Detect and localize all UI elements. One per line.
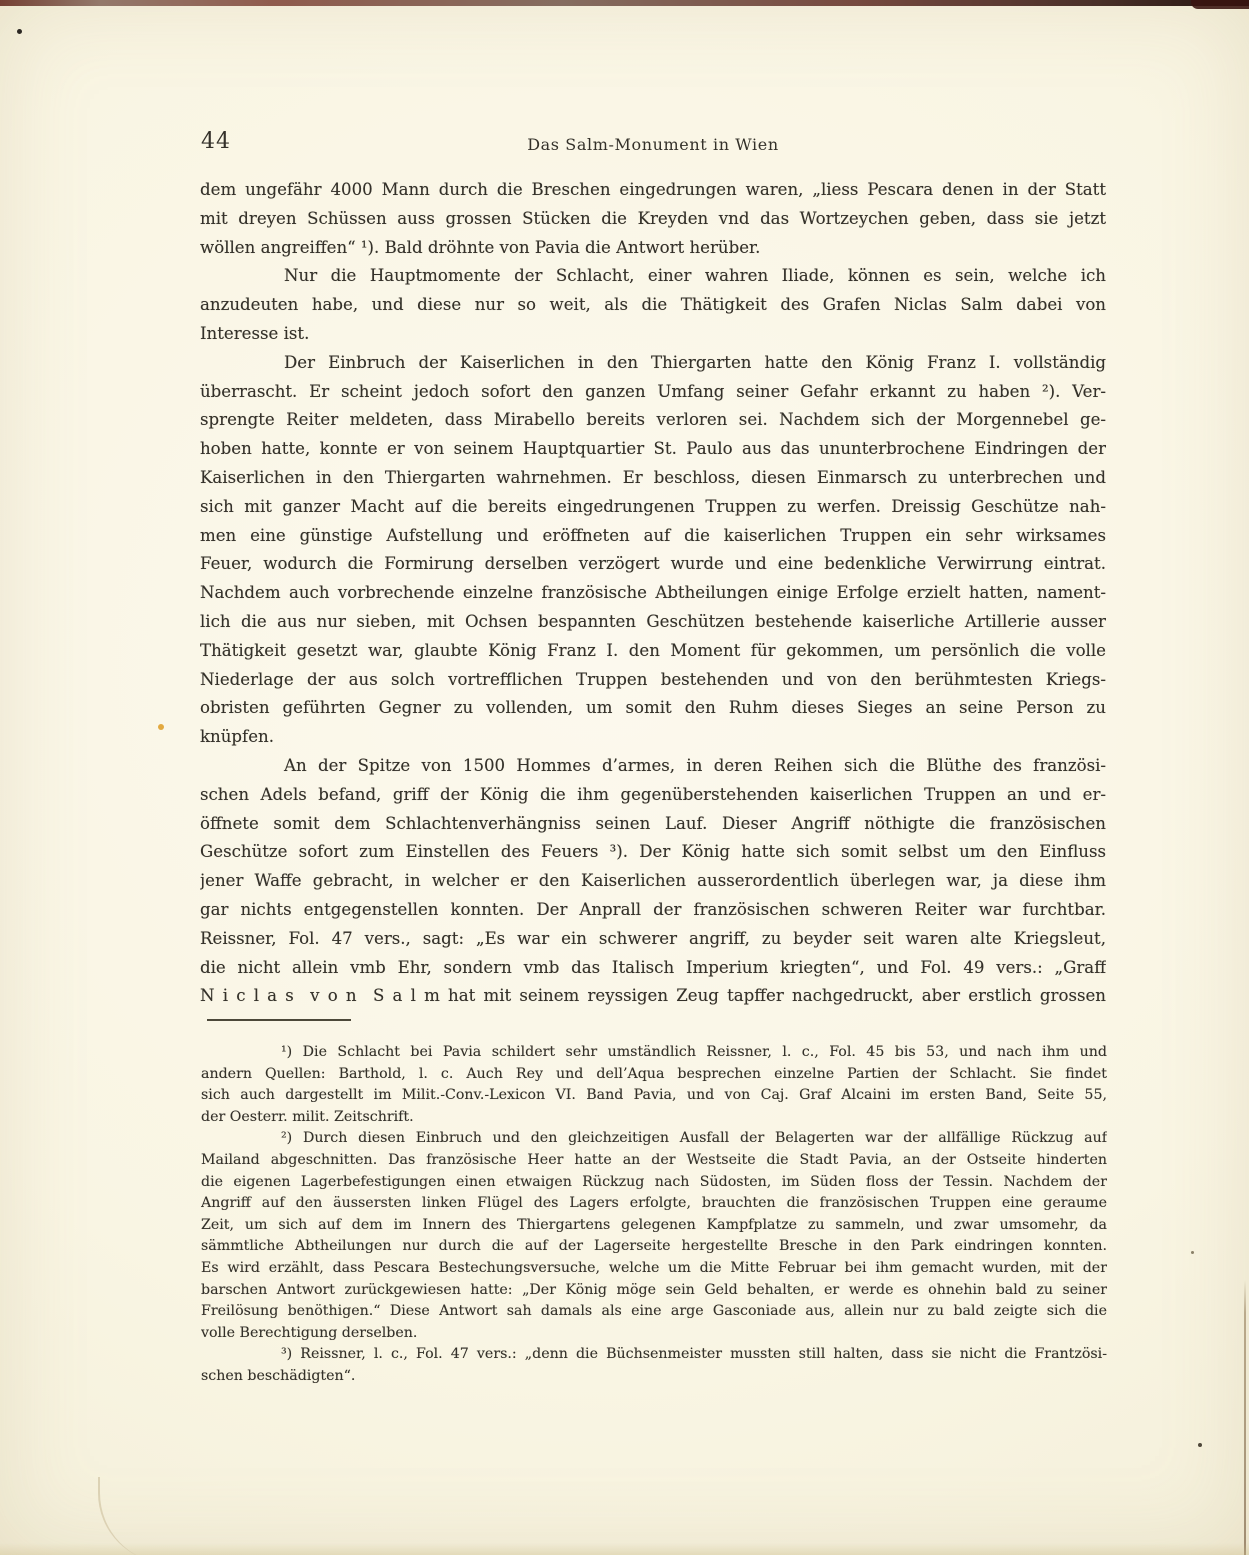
body-text-line: Niederlage der aus solch vortrefflichen … [200,666,1106,695]
footnotes-block: ¹) Die Schlacht bei Pavia schildert sehr… [201,1042,1107,1388]
footnote-text-line: ¹) Die Schlacht bei Pavia schildert sehr… [201,1042,1107,1064]
scan-edge-top-right-corner [1191,0,1249,9]
body-text-line: dem ungefähr 4000 Mann durch die Bresche… [200,176,1106,205]
body-text-line: Nur die Hauptmomente der Schlacht, einer… [200,262,1106,291]
footnote-text-line: volle Berechtigung derselben. [201,1323,1107,1345]
body-text-line: jener Waffe gebracht, in welcher er den … [200,867,1106,896]
footnote-text-line: die eigenen Lagerbefestigungen einen etw… [201,1172,1107,1194]
body-text-line: anzudeuten habe, und diese nur so weit, … [200,291,1106,320]
body-text-line: Interesse ist. [200,320,1106,349]
footnote-text-line: ²) Durch diesen Einbruch und den gleichz… [201,1128,1107,1150]
ink-speck [1191,1251,1194,1254]
body-text-line: wöllen angreiffen“ ¹). Bald dröhnte von … [200,234,1106,263]
body-text-line: Der Einbruch der Kaiserlichen in den Thi… [200,349,1106,378]
footnote-text-line: barschen Antwort zurückgewiesen hatte: „… [201,1280,1107,1302]
body-text-line: gar nichts entgegenstellen konnten. Der … [200,896,1106,925]
body-text-line: überrascht. Er scheint jedoch sofort den… [200,378,1106,407]
body-text-line: men eine günstige Aufstellung und eröffn… [200,522,1106,551]
body-text-line: Feuer, wodurch die Formirung derselben v… [200,550,1106,579]
body-text-line: sich mit ganzer Macht auf die bereits ei… [200,493,1106,522]
body-text-line: mit dreyen Schüssen auss grossen Stücken… [200,205,1106,234]
footnote-text-line: schen beschädigten“. [201,1366,1107,1388]
body-text-line: obristen geführten Gegner zu vollenden, … [200,694,1106,723]
body-text-line: öffnete somit dem Schlachtenverhängniss … [200,810,1106,839]
body-text-line: lich die aus nur sieben, mit Ochsen besp… [200,608,1106,637]
margin-speck-orange [158,724,164,730]
main-text-block: dem ungefähr 4000 Mann durch die Bresche… [200,176,1106,1011]
body-text-line: schen Adels befand, griff der König die … [200,781,1106,810]
footnote-text-line: sich auch dargestellt im Milit.-Conv.-Le… [201,1085,1107,1107]
body-text-line: die nicht allein vmb Ehr, sondern vmb da… [200,954,1106,983]
body-text-line: Reissner, Fol. 47 vers., sagt: „Es war e… [200,925,1106,954]
scan-edge-top [0,0,1249,6]
footnote-text-line: ³) Reissner, l. c., Fol. 47 vers.: „denn… [201,1344,1107,1366]
scan-edge-bottom [0,1543,1249,1555]
footnote-text-line: Freilösung benöthigen.“ Diese Antwort sa… [201,1301,1107,1323]
body-text-line: sprengte Reiter meldeten, dass Mirabello… [200,406,1106,435]
footnote-text-line: Zeit, um sich auf dem im Innern des Thie… [201,1215,1107,1237]
scan-page-edge-right [1244,1280,1246,1555]
footnote-text-line: sämmtliche Abtheilungen nur durch die au… [201,1236,1107,1258]
footnote-text-line: der Oesterr. milit. Zeitschrift. [201,1107,1107,1129]
body-text-line: hoben hatte, konnte er von seinem Hauptq… [200,435,1106,464]
footnote-separator-rule [207,1019,351,1021]
body-text-line: N i c l a s v o n S a l m hat mit seinem… [200,982,1106,1011]
ink-speck [17,29,22,34]
body-text-line: Kaiserlichen in den Thiergarten wahrnehm… [200,464,1106,493]
footnote-text-line: Mailand abgeschnitten. Das französische … [201,1150,1107,1172]
running-header: Das Salm-Monument in Wien [200,135,1106,154]
body-text-line: An der Spitze von 1500 Hommes d’armes, i… [200,752,1106,781]
body-text-line: Nachdem auch vorbrechende einzelne franz… [200,579,1106,608]
scanned-book-page: 44 Das Salm-Monument in Wien dem ungefäh… [0,0,1249,1555]
body-text-line: Geschütze sofort zum Einstellen des Feue… [200,838,1106,867]
body-text-line: Thätigkeit gesetzt war, glaubte König Fr… [200,637,1106,666]
body-text-line: knüpfen. [200,723,1106,752]
ink-speck [1198,1443,1202,1447]
footnote-text-line: andern Quellen: Barthold, l. c. Auch Rey… [201,1064,1107,1086]
footnote-text-line: Es wird erzählt, dass Pescara Bestechung… [201,1258,1107,1280]
footnote-text-line: Angriff auf den äussersten linken Flügel… [201,1193,1107,1215]
